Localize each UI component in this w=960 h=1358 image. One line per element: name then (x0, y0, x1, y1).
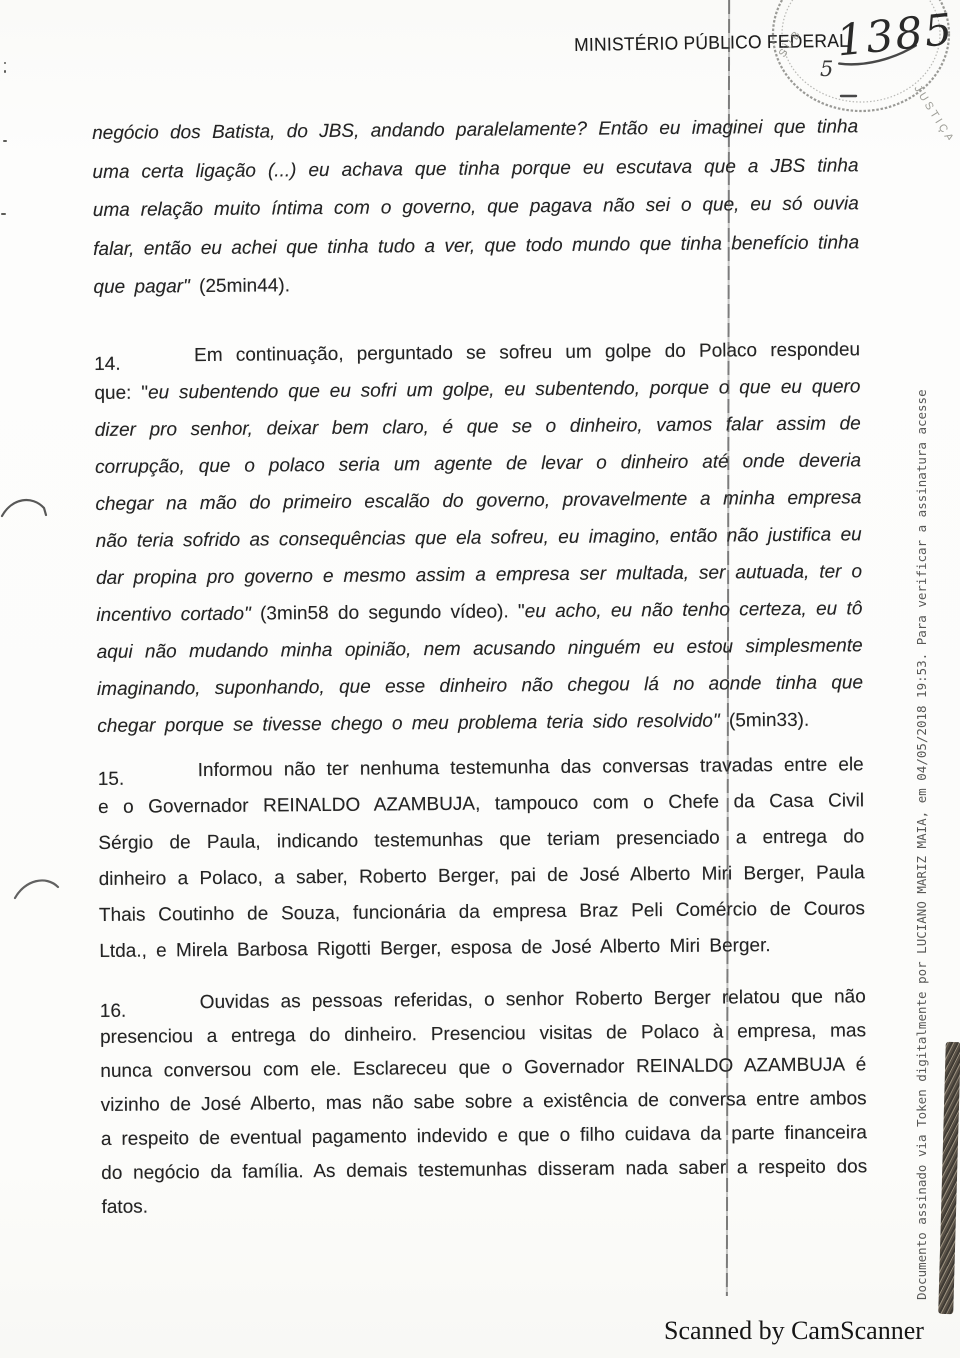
handwritten-small-number: 5 (820, 57, 833, 81)
scan-speck (4, 62, 6, 64)
stamp-ring-text-left: SUB (777, 27, 805, 60)
scan-speck (1, 213, 6, 215)
stamp-ring-text-right: JUSTIÇA (911, 83, 957, 140)
paragraph-14: 14.Em continuação, perguntado se sofreu … (94, 331, 864, 745)
signature-line-1: Documento assinado via Token digitalment… (912, 389, 931, 1300)
text-segment: (3min58 do segundo vídeo). " (251, 601, 525, 624)
paragraph-15: 15.Informou não ter nenhuma testemunha d… (98, 747, 866, 970)
pen-mark-icon (12, 872, 68, 916)
text-segment: negócio dos Batista, do JBS, andando par… (92, 116, 859, 298)
stamp-handwriting: 1385 (834, 5, 956, 67)
scanned-document-page: { "document": { "header_title": "MINISTÉ… (0, 0, 960, 1358)
scan-speck (3, 140, 7, 142)
text-segment: (25min44). (190, 275, 290, 297)
handwritten-page-number: 1385 (834, 5, 956, 67)
camscanner-watermark: Scanned by CamScanner (664, 1316, 924, 1346)
text-segment: (5min33). (720, 709, 810, 731)
text-segment: eu subentendo que eu sofri um golpe, eu … (95, 376, 862, 626)
scan-speck (4, 70, 6, 73)
paragraph-number: 14. (94, 345, 121, 382)
text-segment: Ouvidas as pessoas referidas, o senhor R… (100, 986, 867, 1218)
paragraph-16: 16.Ouvidas as pessoas referidas, o senho… (100, 980, 868, 1225)
paragraph-number: 15. (98, 761, 125, 797)
paragraph-number: 16. (100, 994, 127, 1028)
paragraph-continuation: negócio dos Batista, do JBS, andando par… (92, 108, 860, 307)
pen-mark-icon (0, 492, 56, 542)
document-body: negócio dos Batista, do JBS, andando par… (92, 108, 868, 1224)
text-segment: Informou não ter nenhuma testemunha das … (98, 754, 865, 962)
